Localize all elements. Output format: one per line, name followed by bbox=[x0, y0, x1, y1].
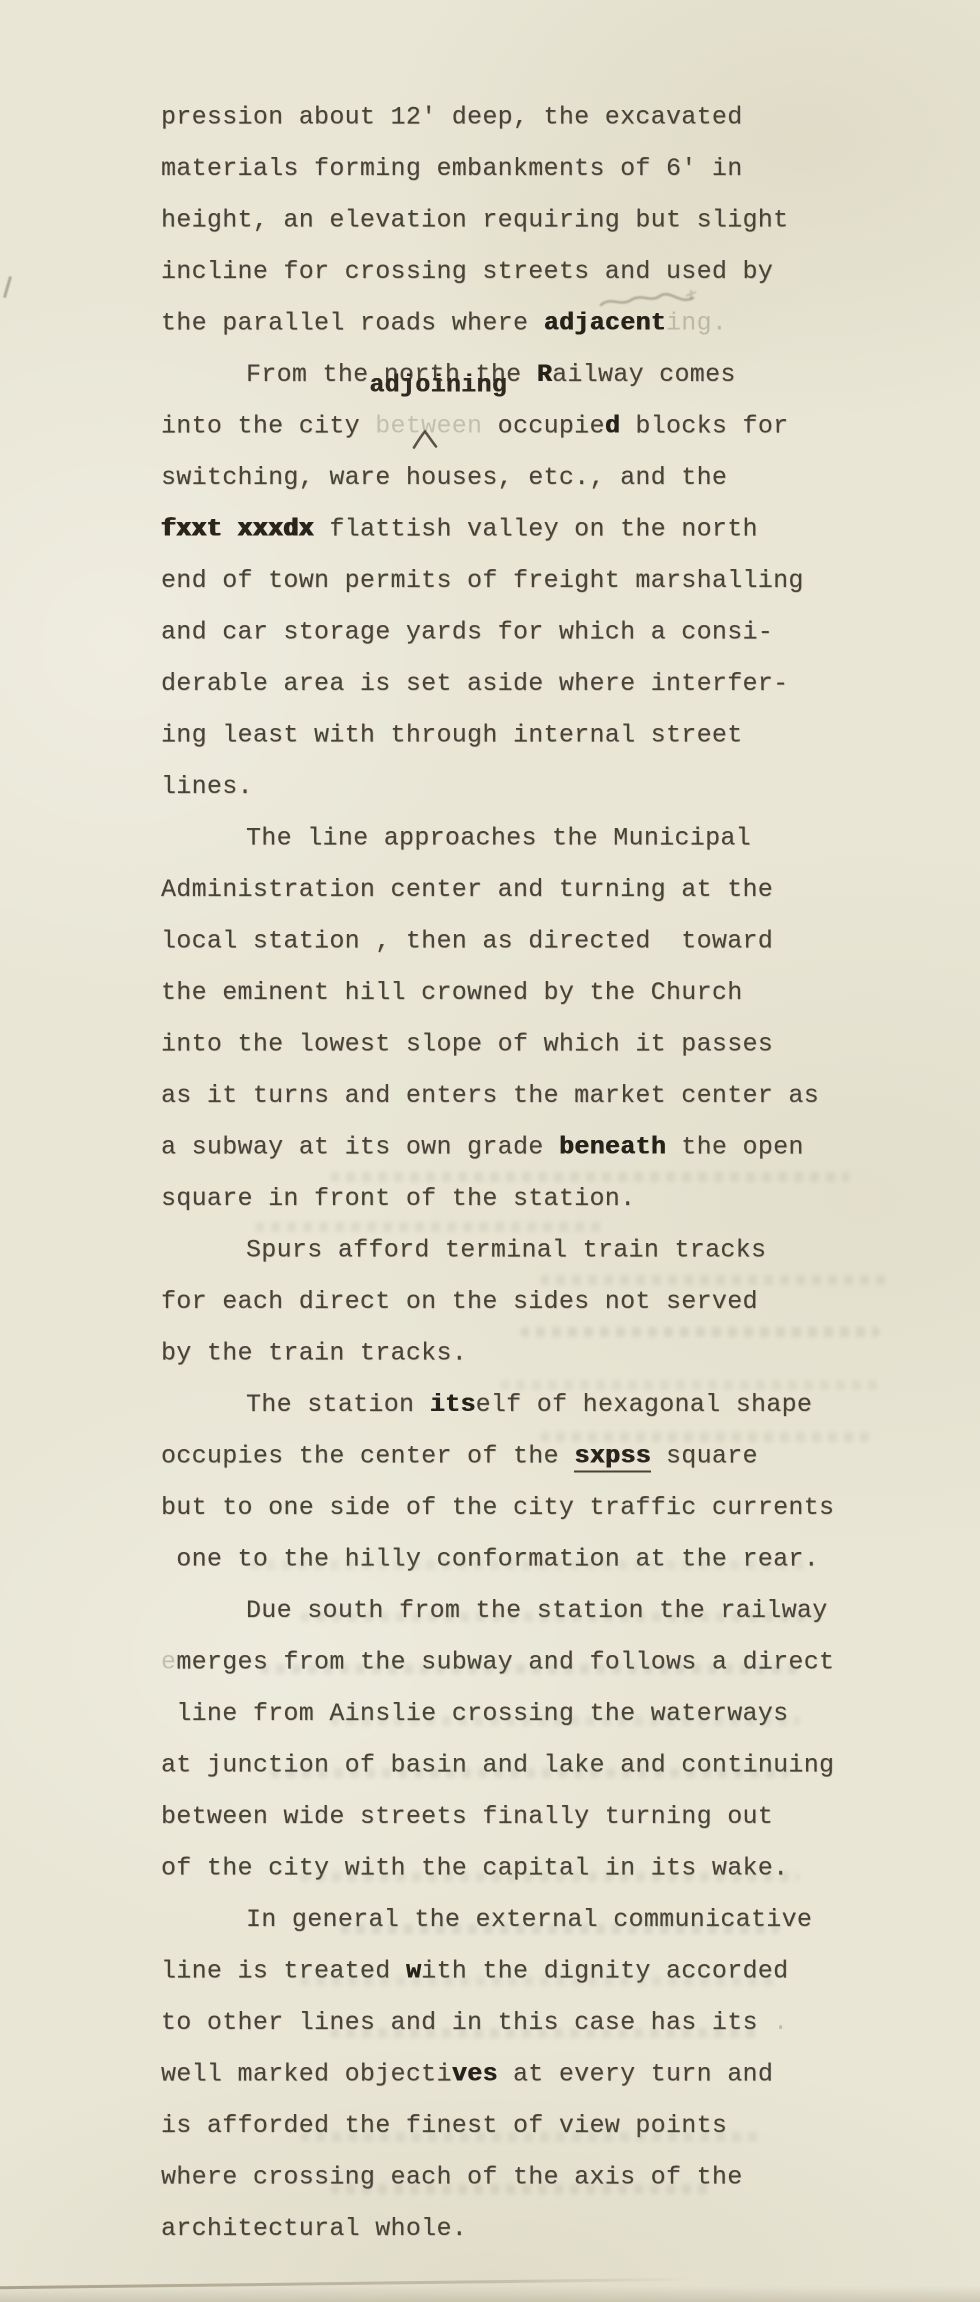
text-line: between wide streets finally turning out bbox=[161, 1791, 881, 1843]
text-line: but to one side of the city traffic curr… bbox=[161, 1482, 881, 1534]
text-line: into the city betweenadjoining occupied … bbox=[161, 401, 881, 453]
text-line: end of town permits of freight marshalli… bbox=[161, 555, 881, 607]
bleed-through-ghost bbox=[330, 2184, 710, 2194]
text-segment: beneath bbox=[559, 1133, 666, 1162]
text-line: the eminent hill crowned by the Church bbox=[161, 967, 881, 1019]
bleed-through-ghost bbox=[340, 1924, 780, 1934]
text-line: incline for crossing streets and used by bbox=[161, 246, 881, 298]
bleed-through-ghost bbox=[330, 1172, 850, 1182]
bleed-through-ghost bbox=[540, 1275, 890, 1285]
text-line: is afforded the finest of view points bbox=[161, 2100, 881, 2152]
bleed-through-ghost bbox=[300, 1872, 800, 1882]
text-segment: blocks for bbox=[620, 412, 788, 441]
margin-stray-mark bbox=[3, 276, 11, 298]
text-segment: local station , then as directed toward bbox=[161, 927, 773, 956]
text-line: Spurs afford terminal train tracks bbox=[161, 1225, 881, 1277]
text-segment: between wide streets finally turning out bbox=[161, 1802, 773, 1831]
text-line: The line approaches the Municipal bbox=[161, 813, 881, 865]
text-line: architectural whole. bbox=[161, 2203, 881, 2255]
text-segment: The station bbox=[246, 1390, 430, 1419]
text-line: pression about 12' deep, the excavated bbox=[161, 92, 881, 144]
text-line: local station , then as directed toward bbox=[161, 916, 881, 968]
text-segment: ailway comes bbox=[552, 360, 736, 389]
bleed-through-ghost bbox=[300, 1976, 780, 1986]
text-line: Due south from the station the railway bbox=[161, 1585, 881, 1637]
text-segment: but to one side of the city traffic curr… bbox=[161, 1493, 834, 1522]
text-line: switching, ware houses, etc., and the bbox=[161, 452, 881, 504]
text-segment: for each direct on the sides not served bbox=[161, 1287, 758, 1316]
paper-bottom-shadow bbox=[0, 2286, 980, 2302]
text-segment: derable area is set aside where interfer… bbox=[161, 669, 788, 698]
bleed-through-ghost bbox=[250, 1560, 810, 1570]
text-segment: The line approaches the Municipal bbox=[246, 824, 751, 853]
text-line: derable area is set aside where interfer… bbox=[161, 658, 881, 710]
text-line: to other lines and in this case has its … bbox=[161, 1997, 881, 2049]
text-line: height, an elevation requiring but sligh… bbox=[161, 195, 881, 247]
text-segment: elf of hexagonal shape bbox=[476, 1390, 813, 1419]
text-segment: at every turn and bbox=[498, 2060, 773, 2089]
text-segment: ves bbox=[452, 2060, 498, 2089]
text-segment: square in front of the station. bbox=[161, 1184, 635, 1213]
insertion-caret-icon bbox=[411, 430, 439, 450]
text-segment: Administration center and turning at the bbox=[161, 875, 773, 904]
text-segment: as it turns and enters the market center… bbox=[161, 1081, 819, 1110]
bleed-through-ghost bbox=[540, 1432, 870, 1442]
text-segment: ing least with through internal street bbox=[161, 721, 743, 750]
text-segment: d bbox=[605, 412, 620, 441]
text-line: In general the external communicative bbox=[161, 1894, 881, 1946]
bleed-through-ghost bbox=[330, 1716, 800, 1726]
text-segment: e bbox=[161, 1648, 176, 1677]
text-segment: pression about 12' deep, the excavated bbox=[161, 103, 743, 132]
text-segment: its bbox=[430, 1390, 476, 1419]
text-segment: incline for crossing streets and used by bbox=[161, 257, 773, 286]
text-segment: . bbox=[758, 2008, 789, 2037]
text-line: where crossing each of the axis of the bbox=[161, 2152, 881, 2204]
text-line: From the north the Railway comes bbox=[161, 349, 881, 401]
text-segment: well marked objecti bbox=[161, 2060, 452, 2089]
text-segment: occupie bbox=[482, 412, 604, 441]
text-segment: the open bbox=[666, 1133, 804, 1162]
text-line: as it turns and enters the market center… bbox=[161, 1070, 881, 1122]
text-line: and car storage yards for which a consi- bbox=[161, 607, 881, 659]
text-segment: sxpss bbox=[574, 1442, 651, 1473]
text-line: at junction of basin and lake and contin… bbox=[161, 1740, 881, 1792]
text-segment: end of town permits of freight marshalli… bbox=[161, 566, 804, 595]
text-segment: materials forming embankments of 6' in bbox=[161, 154, 743, 183]
text-line: lines. bbox=[161, 761, 881, 813]
text-segment: switching, ware houses, etc., and the bbox=[161, 463, 727, 492]
inserted-word: adjoining bbox=[369, 373, 507, 398]
text-segment: ing. bbox=[666, 309, 727, 338]
pencil-scribble bbox=[598, 290, 702, 312]
text-line: a subway at its own grade beneath the op… bbox=[161, 1122, 881, 1174]
text-segment: the parallel roads where bbox=[161, 309, 544, 338]
text-line: line from Ainslie crossing the waterways bbox=[161, 1688, 881, 1740]
text-line: Administration center and turning at the bbox=[161, 864, 881, 916]
text-segment: by the train tracks. bbox=[161, 1339, 467, 1368]
bleed-through-ghost bbox=[520, 1327, 880, 1337]
bleed-through-ghost bbox=[260, 1664, 800, 1674]
text-line: well marked objectives at every turn and bbox=[161, 2049, 881, 2101]
text-line: of the city with the capital in its wake… bbox=[161, 1843, 881, 1895]
text-line: materials forming embankments of 6' in bbox=[161, 143, 881, 195]
text-segment: height, an elevation requiring but sligh… bbox=[161, 206, 788, 235]
text-segment: square bbox=[651, 1442, 758, 1471]
text-segment: into the city bbox=[161, 412, 375, 441]
bleed-through-ghost bbox=[270, 1768, 790, 1778]
text-segment: and car storage yards for which a consi- bbox=[161, 618, 773, 647]
bleed-through-ghost bbox=[255, 1222, 605, 1232]
paper-page: pression about 12' deep, the excavatedma… bbox=[0, 0, 980, 2302]
text-line: line is treated with the dignity accorde… bbox=[161, 1946, 881, 1998]
typed-insertion: betweenadjoining bbox=[375, 401, 482, 453]
text-segment: the eminent hill crowned by the Church bbox=[161, 978, 743, 1007]
text-line: emerges from the subway and follows a di… bbox=[161, 1637, 881, 1689]
text-segment: a subway at its own grade bbox=[161, 1133, 559, 1162]
text-segment: flattish valley on the north bbox=[314, 515, 758, 544]
text-line: into the lowest slope of which it passes bbox=[161, 1019, 881, 1071]
bleed-through-ghost bbox=[300, 1612, 820, 1622]
text-segment: into the lowest slope of which it passes bbox=[161, 1030, 773, 1059]
text-segment: R bbox=[537, 360, 552, 389]
text-line: ing least with through internal street bbox=[161, 710, 881, 762]
bleed-through-ghost bbox=[300, 2132, 760, 2142]
text-segment: lines. bbox=[161, 772, 253, 801]
text-segment: occupies the center of the bbox=[161, 1442, 574, 1471]
text-segment: architectural whole. bbox=[161, 2214, 467, 2243]
text-line: the parallel roads where adjacenting. bbox=[161, 298, 881, 350]
bleed-through-ghost bbox=[500, 1380, 880, 1390]
text-segment: Spurs afford terminal train tracks bbox=[246, 1236, 766, 1265]
bleed-through-ghost bbox=[330, 2028, 760, 2038]
text-segment: adjacent bbox=[544, 309, 666, 338]
text-segment: fxxt xxxdx bbox=[161, 515, 314, 544]
text-line: fxxt xxxdx flattish valley on the north bbox=[161, 504, 881, 556]
